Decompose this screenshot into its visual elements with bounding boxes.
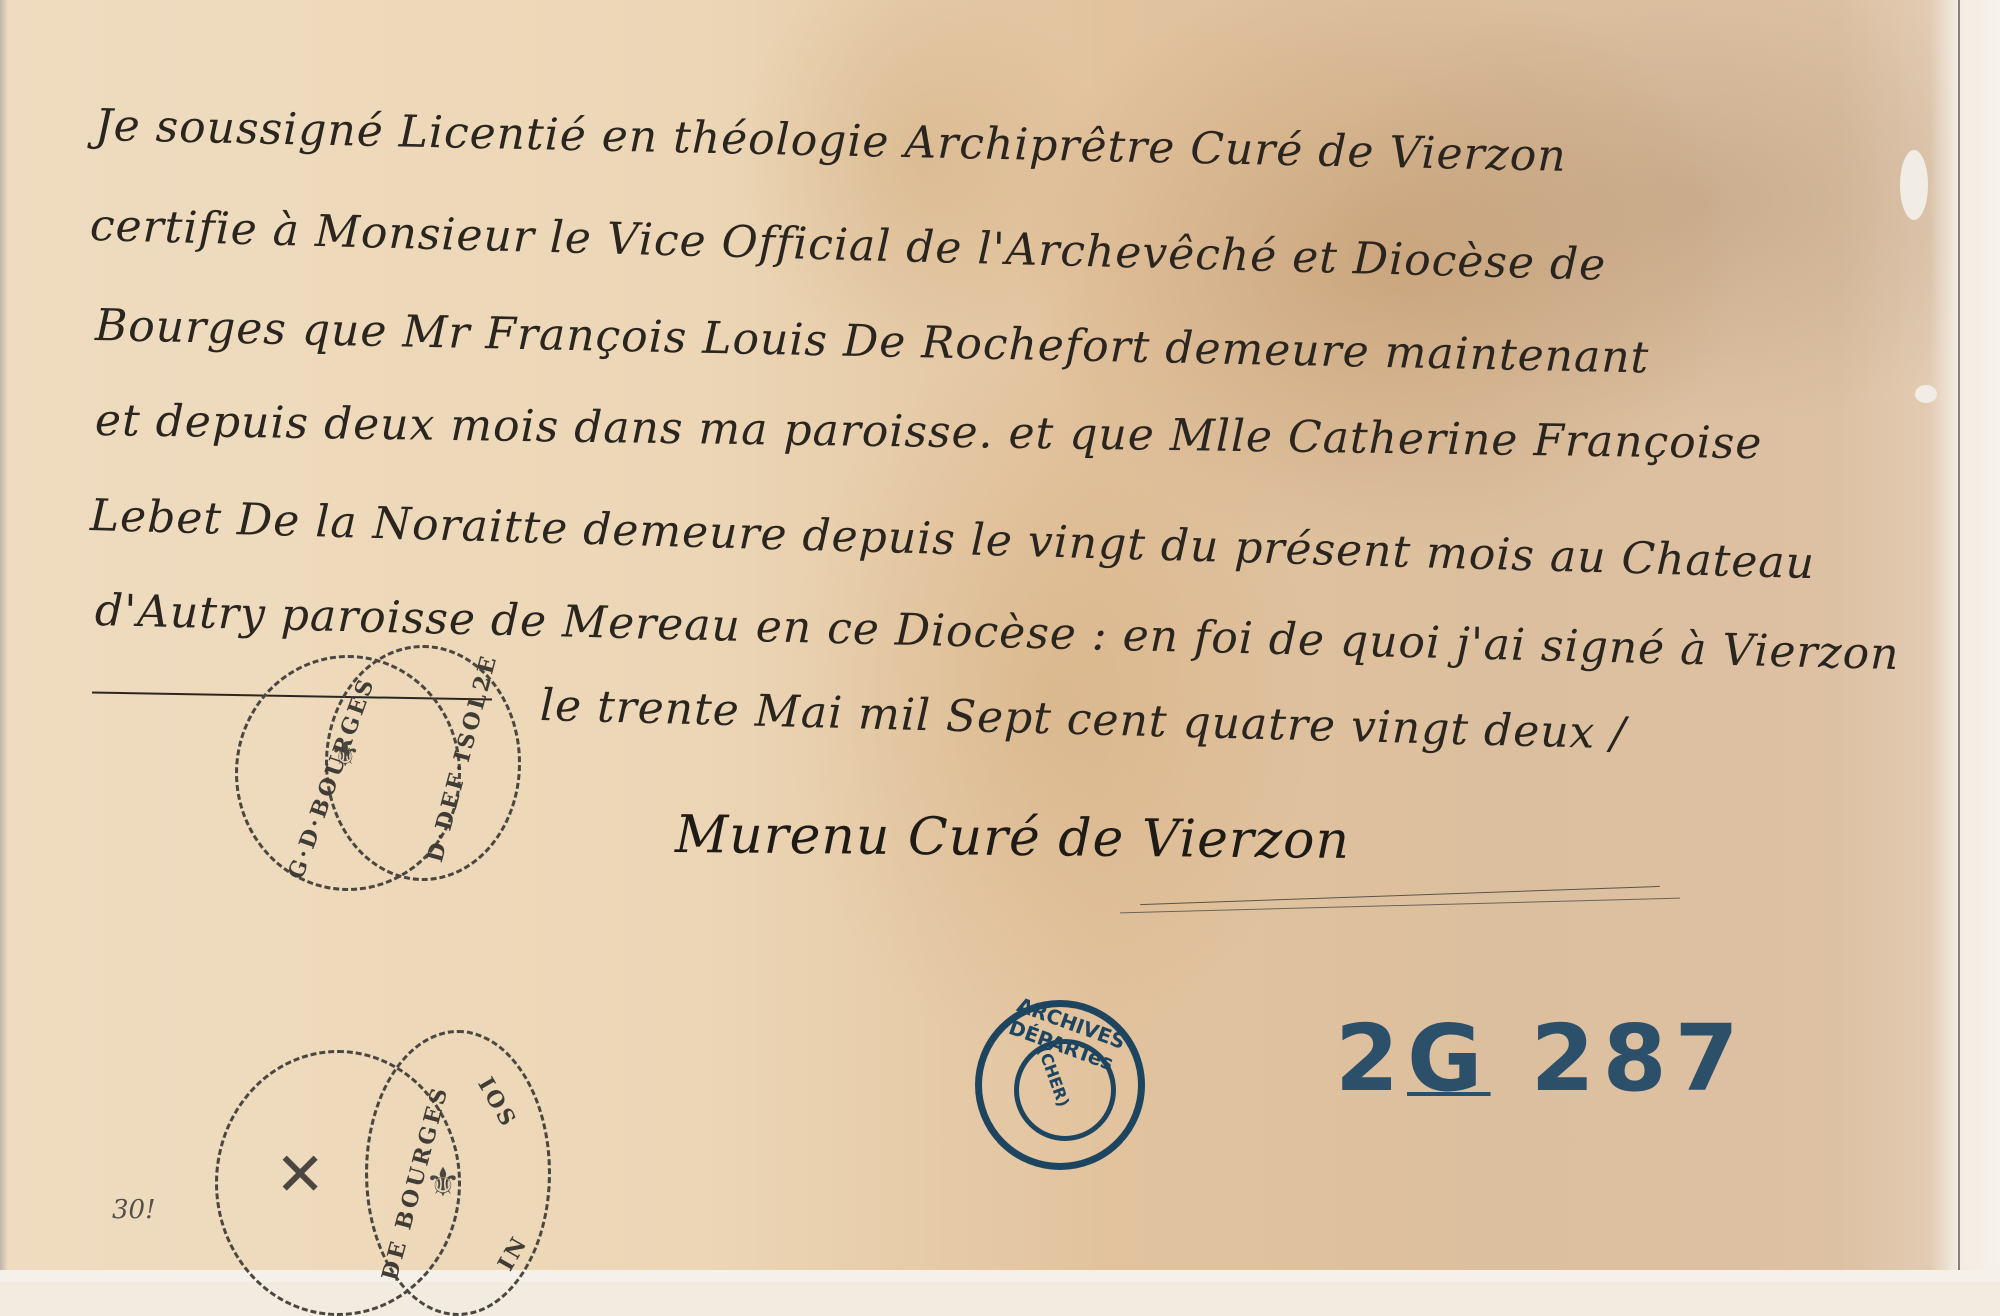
scan-border [1948,0,1960,1282]
fleur-de-lis-icon: ⚜ [330,735,360,775]
signature: Murenu Curé de Vierzon [675,805,1350,871]
crossed-keys-icon: ✕ [275,1140,325,1210]
paper-left-edge [0,0,8,1282]
episcopal-seal-upper: G·D·BOURGES D·DEF·ISOL2E ⚜ [215,635,535,905]
paper-hole [1900,150,1928,220]
episcopal-seal-lower: DE BOURGES IOS IN ✕ ⚜ [215,1010,555,1282]
paper-hole [1915,385,1937,403]
paper-torn-right-edge [1930,0,2000,1282]
shelfmark-series-number: 2 [1335,1005,1407,1112]
archives-departementales-stamp: ARCHIVES DÉPARTes (CHER) [975,1000,1145,1170]
shelfmark-item-number: 287 [1531,1005,1747,1112]
pencil-annotation: 30! [112,1195,156,1225]
shelfmark-series-letter: G [1407,1005,1491,1112]
fleur-de-lis-icon: ⚜ [425,1160,461,1206]
archive-shelfmark: 2G 287 [1335,1005,1747,1112]
